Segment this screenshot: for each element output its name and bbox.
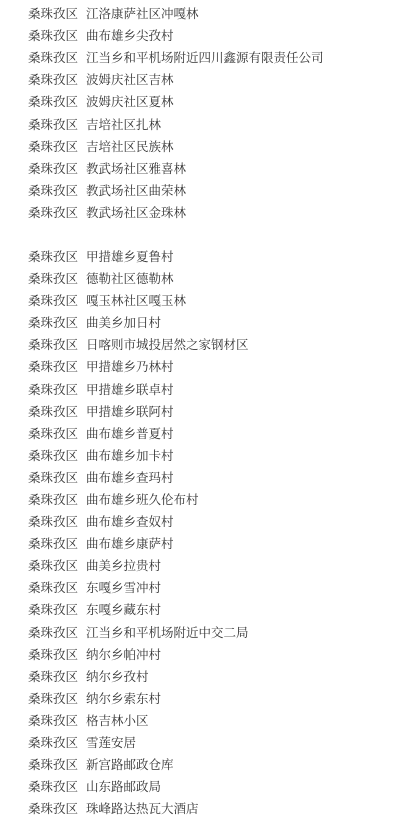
list-item: 桑珠孜区教武场社区雅喜林 (28, 158, 419, 180)
district-name: 桑珠孜区 (28, 622, 86, 644)
district-name: 桑珠孜区 (28, 533, 86, 555)
district-name: 桑珠孜区 (28, 114, 86, 136)
list-item: 桑珠孜区波姆庆社区夏林 (28, 91, 419, 113)
district-name: 桑珠孜区 (28, 776, 86, 798)
place-name: 日喀则市城投居然之家钢材区 (86, 334, 249, 356)
place-name: 江当乡和平机场附近四川鑫源有限责任公司 (86, 47, 324, 69)
place-name: 纳尔乡索东村 (86, 688, 161, 710)
place-name: 教武场社区雅喜林 (86, 158, 186, 180)
place-name: 东嘎乡雪冲村 (86, 577, 161, 599)
place-name: 珠峰路达热瓦大酒店 (86, 798, 199, 820)
district-name: 桑珠孜区 (28, 754, 86, 776)
list-item: 桑珠孜区江洛康萨社区冲嘎林 (28, 3, 419, 25)
list-item: 桑珠孜区曲布雄乡查奴村 (28, 511, 419, 533)
district-name: 桑珠孜区 (28, 91, 86, 113)
district-name: 桑珠孜区 (28, 268, 86, 290)
place-name: 江当乡和平机场附近中交二局 (86, 622, 249, 644)
district-name: 桑珠孜区 (28, 666, 86, 688)
place-name: 波姆庆社区吉林 (86, 69, 174, 91)
district-name: 桑珠孜区 (28, 445, 86, 467)
list-item: 桑珠孜区曲布雄乡查玛村 (28, 467, 419, 489)
list-item: 桑珠孜区江当乡和平机场附近中交二局 (28, 622, 419, 644)
district-name: 桑珠孜区 (28, 467, 86, 489)
place-name: 曲美乡加日村 (86, 312, 161, 334)
place-name: 嘎玉林社区嘎玉林 (86, 290, 186, 312)
list-item: 桑珠孜区山东路邮政局 (28, 776, 419, 798)
place-name: 甲措雄乡联卓村 (86, 379, 174, 401)
district-name: 桑珠孜区 (28, 47, 86, 69)
list-item: 桑珠孜区纳尔乡索东村 (28, 688, 419, 710)
district-name: 桑珠孜区 (28, 136, 86, 158)
district-name: 桑珠孜区 (28, 489, 86, 511)
place-name: 新宫路邮政仓库 (86, 754, 174, 776)
place-name: 甲措雄乡联阿村 (86, 401, 174, 423)
district-name: 桑珠孜区 (28, 202, 86, 224)
district-name: 桑珠孜区 (28, 599, 86, 621)
list-item: 桑珠孜区曲布雄乡班久伦布村 (28, 489, 419, 511)
district-name: 桑珠孜区 (28, 710, 86, 732)
district-name: 桑珠孜区 (28, 356, 86, 378)
place-name: 波姆庆社区夏林 (86, 91, 174, 113)
list-item: 桑珠孜区珠峰路达热瓦大酒店 (28, 798, 419, 820)
place-name: 曲布雄乡尖孜村 (86, 25, 174, 47)
list-item: 桑珠孜区甲措雄乡联卓村 (28, 379, 419, 401)
place-name: 纳尔乡孜村 (86, 666, 149, 688)
list-item: 桑珠孜区东嘎乡雪冲村 (28, 577, 419, 599)
district-name: 桑珠孜区 (28, 555, 86, 577)
district-name: 桑珠孜区 (28, 246, 86, 268)
list-item: 桑珠孜区嘎玉林社区嘎玉林 (28, 290, 419, 312)
district-name: 桑珠孜区 (28, 180, 86, 202)
place-name: 纳尔乡帕冲村 (86, 644, 161, 666)
place-name: 甲措雄乡夏鲁村 (86, 246, 174, 268)
district-name: 桑珠孜区 (28, 732, 86, 754)
place-name: 格吉林小区 (86, 710, 149, 732)
district-name: 桑珠孜区 (28, 379, 86, 401)
place-name: 德勒社区德勒林 (86, 268, 174, 290)
place-name: 甲措雄乡乃林村 (86, 356, 174, 378)
list-item: 桑珠孜区纳尔乡帕冲村 (28, 644, 419, 666)
district-name: 桑珠孜区 (28, 312, 86, 334)
list-item: 桑珠孜区甲措雄乡联阿村 (28, 401, 419, 423)
district-name: 桑珠孜区 (28, 334, 86, 356)
district-name: 桑珠孜区 (28, 644, 86, 666)
list-item: 桑珠孜区甲措雄乡夏鲁村 (28, 246, 419, 268)
place-name: 曲布雄乡普夏村 (86, 423, 174, 445)
district-name: 桑珠孜区 (28, 69, 86, 91)
list-item: 桑珠孜区甲措雄乡乃林村 (28, 356, 419, 378)
list-item: 桑珠孜区吉培社区民族林 (28, 136, 419, 158)
list-item: 桑珠孜区曲美乡拉贵村 (28, 555, 419, 577)
place-name: 曲布雄乡加卡村 (86, 445, 174, 467)
place-name: 吉培社区民族林 (86, 136, 174, 158)
district-name: 桑珠孜区 (28, 401, 86, 423)
location-group-2: 桑珠孜区甲措雄乡夏鲁村 桑珠孜区德勒社区德勒林 桑珠孜区嘎玉林社区嘎玉林 桑珠孜… (28, 246, 419, 820)
district-name: 桑珠孜区 (28, 25, 86, 47)
place-name: 曲布雄乡班久伦布村 (86, 489, 199, 511)
list-item: 桑珠孜区吉培社区扎林 (28, 113, 419, 135)
list-item: 桑珠孜区曲布雄乡普夏村 (28, 423, 419, 445)
district-name: 桑珠孜区 (28, 3, 86, 25)
list-item: 桑珠孜区江当乡和平机场附近四川鑫源有限责任公司 (28, 47, 419, 69)
list-item: 桑珠孜区波姆庆社区吉林 (28, 69, 419, 91)
list-item: 桑珠孜区德勒社区德勒林 (28, 268, 419, 290)
place-name: 曲布雄乡查奴村 (86, 511, 174, 533)
list-item: 桑珠孜区格吉林小区 (28, 710, 419, 732)
list-item: 桑珠孜区曲美乡加日村 (28, 312, 419, 334)
list-item: 桑珠孜区教武场社区曲荣林 (28, 180, 419, 202)
list-item: 桑珠孜区教武场社区金珠林 (28, 202, 419, 224)
place-name: 曲布雄乡康萨村 (86, 533, 174, 555)
place-name: 山东路邮政局 (86, 776, 161, 798)
district-name: 桑珠孜区 (28, 688, 86, 710)
list-item: 桑珠孜区曲布雄乡康萨村 (28, 533, 419, 555)
place-name: 雪莲安居 (86, 732, 136, 754)
location-list-document: 桑珠孜区江洛康萨社区冲嘎林 桑珠孜区曲布雄乡尖孜村 桑珠孜区江当乡和平机场附近四… (28, 3, 419, 820)
place-name: 教武场社区曲荣林 (86, 180, 186, 202)
list-item: 桑珠孜区东嘎乡藏东村 (28, 599, 419, 621)
place-name: 曲美乡拉贵村 (86, 555, 161, 577)
list-item: 桑珠孜区日喀则市城投居然之家钢材区 (28, 334, 419, 356)
list-item: 桑珠孜区曲布雄乡尖孜村 (28, 25, 419, 47)
place-name: 曲布雄乡查玛村 (86, 467, 174, 489)
district-name: 桑珠孜区 (28, 290, 86, 312)
list-item: 桑珠孜区雪莲安居 (28, 732, 419, 754)
location-group-1: 桑珠孜区江洛康萨社区冲嘎林 桑珠孜区曲布雄乡尖孜村 桑珠孜区江当乡和平机场附近四… (28, 3, 419, 224)
place-name: 吉培社区扎林 (86, 114, 161, 136)
district-name: 桑珠孜区 (28, 423, 86, 445)
list-item: 桑珠孜区曲布雄乡加卡村 (28, 445, 419, 467)
place-name: 江洛康萨社区冲嘎林 (86, 3, 199, 25)
district-name: 桑珠孜区 (28, 158, 86, 180)
place-name: 教武场社区金珠林 (86, 202, 186, 224)
district-name: 桑珠孜区 (28, 577, 86, 599)
list-item: 桑珠孜区纳尔乡孜村 (28, 666, 419, 688)
list-item: 桑珠孜区新宫路邮政仓库 (28, 754, 419, 776)
place-name: 东嘎乡藏东村 (86, 599, 161, 621)
district-name: 桑珠孜区 (28, 511, 86, 533)
district-name: 桑珠孜区 (28, 798, 86, 820)
